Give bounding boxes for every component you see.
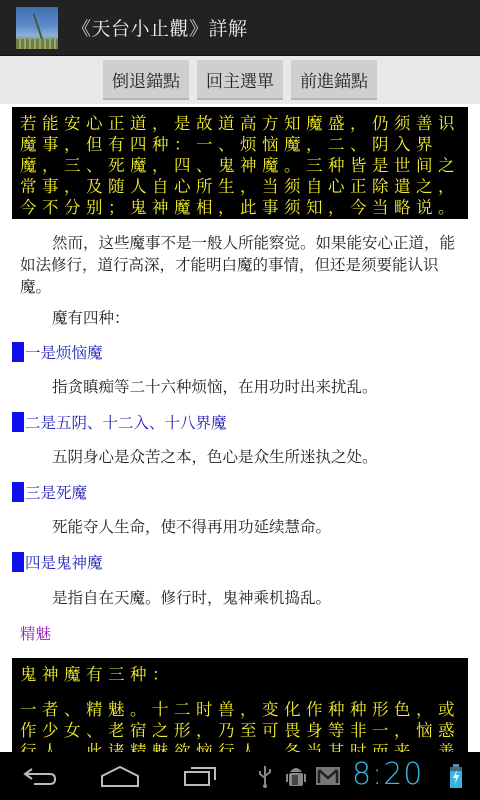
anchor-toolbar: 倒退錨點 回主選單 前進錨點: [0, 56, 480, 104]
jingmei-link[interactable]: 精魅: [20, 622, 51, 644]
ghost-demon-text-box: 鬼神魔有三种： 一者、精魅。十二时兽，变化作种种形色，或作少女、老宿之形，乃至可…: [12, 658, 468, 752]
section-marker: [12, 342, 24, 362]
section-marker: [12, 552, 24, 572]
home-icon[interactable]: [100, 764, 140, 788]
back-anchor-button[interactable]: 倒退錨點: [103, 60, 189, 100]
explanation-paragraph: 然而，这些魔事不是一般人所能察觉。如果能安心正道，能如法修行，道行高深，才能明白…: [20, 232, 460, 298]
forward-anchor-button[interactable]: 前進錨點: [291, 60, 377, 100]
section-heading-3: 三是死魔: [12, 482, 87, 502]
section-heading-text: 四是鬼神魔: [25, 551, 103, 573]
back-icon[interactable]: [22, 766, 58, 786]
section-marker: [12, 482, 24, 502]
ghost-demon-body: 一者、精魅。十二时兽，变化作种种形色，或作少女、老宿之形，乃至可畏身等非一，恼惑…: [20, 699, 462, 752]
action-bar: 《天台小止觀》詳解: [0, 0, 480, 56]
status-clock: 8:20: [352, 757, 423, 792]
battery-charging-icon: [450, 764, 462, 788]
ghost-demon-title: 鬼神魔有三种：: [20, 664, 462, 685]
section-heading-text: 二是五阴、十二入、十八界魔: [25, 411, 227, 433]
section-heading-4: 四是鬼神魔: [12, 552, 103, 572]
section-body-2: 五阴身心是众苦之本，色心是众生所迷执之处。: [20, 446, 460, 468]
section-body-3: 死能夺人生命，使不得再用功延续慧命。: [20, 516, 460, 538]
section-heading-2: 二是五阴、十二入、十八界魔: [12, 412, 227, 432]
content-scroll-area[interactable]: 若能安心正道，是故道高方知魔盛，仍须善识魔事，但有四种：一、烦恼魔，二、阴入界魔…: [0, 104, 480, 752]
section-heading-text: 三是死魔: [25, 481, 87, 503]
system-nav-bar: 8:20: [0, 752, 480, 800]
recent-apps-icon[interactable]: [183, 762, 219, 788]
section-body-1: 指贪瞋痴等二十六种烦恼，在用功时出来扰乱。: [20, 376, 460, 398]
app-title: 《天台小止觀》詳解: [72, 14, 248, 41]
section-marker: [12, 412, 24, 432]
app-icon-grass: [16, 39, 58, 49]
section-heading-text: 一是烦恼魔: [25, 341, 103, 363]
four-demons-intro: 魔有四种：: [20, 307, 460, 329]
usb-icon: [258, 766, 272, 788]
original-text-box: 若能安心正道，是故道高方知魔盛，仍须善识魔事，但有四种：一、烦恼魔，二、阴入界魔…: [12, 107, 468, 219]
spacer: [20, 685, 462, 699]
app-icon[interactable]: [16, 7, 58, 49]
android-debug-icon: [286, 764, 306, 790]
section-body-4: 是指自在天魔。修行时，鬼神乘机捣乱。: [20, 587, 460, 609]
gmail-icon: [316, 767, 340, 785]
section-heading-1: 一是烦恼魔: [12, 342, 103, 362]
main-menu-button[interactable]: 回主選單: [197, 60, 283, 100]
